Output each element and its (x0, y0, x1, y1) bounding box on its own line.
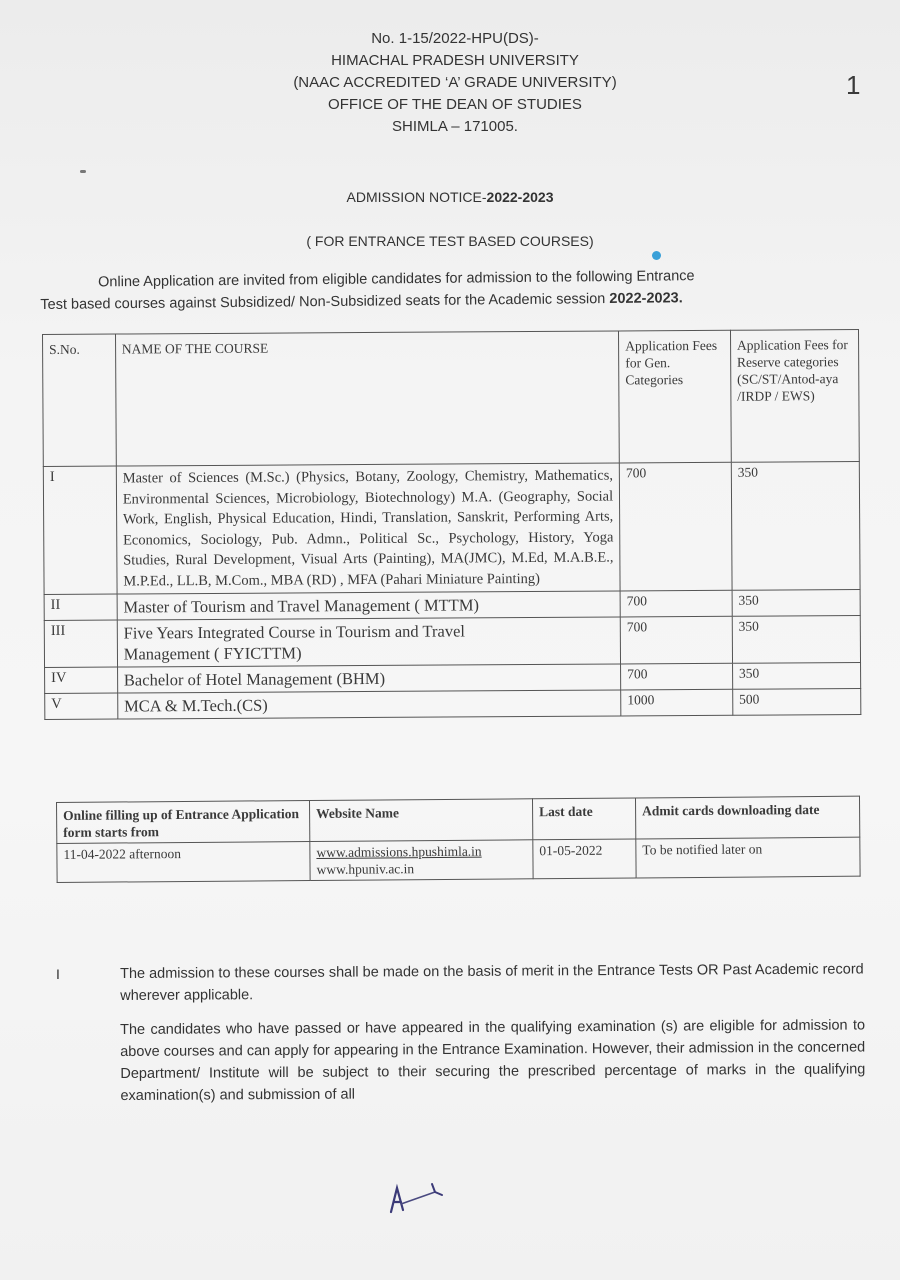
address-line: SHIMLA – 171005. (10, 116, 900, 138)
course-fees-table: S.No. NAME OF THE COURSE Application Fee… (42, 329, 861, 720)
row-reserve-fee: 350 (731, 462, 860, 591)
row-course: Five Years Integrated Course in Tourism … (117, 617, 621, 667)
intro-line-2-text: Test based courses against Subsidized/ N… (40, 291, 609, 313)
row-sno: IV (45, 667, 118, 693)
row-reserve-fee: 350 (732, 590, 860, 617)
row-course: Master of Sciences (M.Sc.) (Physics, Bot… (116, 463, 620, 594)
intro-paragraph: Online Application are invited from elig… (40, 264, 830, 316)
office-line: OFFICE OF THE DEAN OF STUDIES (10, 94, 900, 116)
schedule-table: Online filling up of Entrance Applicatio… (56, 796, 861, 883)
header-reserve-fee: Application Fees for Reserve categories … (730, 330, 859, 463)
smudge-mark (80, 170, 86, 173)
header-course-name: NAME OF THE COURSE (115, 331, 619, 466)
header-start-date: Online filling up of Entrance Applicatio… (57, 801, 310, 844)
notice-title-prefix: ADMISSION NOTICE- (347, 189, 487, 205)
header-website: Website Name (309, 799, 532, 842)
schedule-header-row: Online filling up of Entrance Applicatio… (57, 796, 860, 843)
blue-dot-mark (652, 251, 661, 260)
header-gen-fee: Application Fees for Gen. Categories (619, 330, 732, 463)
website-link-hpuniv[interactable]: www.hpuniv.ac.in (316, 859, 526, 878)
row-reserve-fee: 350 (732, 663, 860, 690)
accreditation-line: (NAAC ACCREDITED ‘A’ GRADE UNIVERSITY) (10, 72, 900, 94)
signature-mark (385, 1178, 455, 1218)
website-link-admissions[interactable]: www.admissions.hpushimla.in (316, 842, 526, 861)
schedule-row: 11-04-2022 afternoon www.admissions.hpus… (57, 837, 860, 882)
paragraph-bullet: I (56, 966, 60, 982)
last-date-value: 01-05-2022 (533, 839, 636, 879)
paragraph-admission-basis: The admission to these courses shall be … (120, 958, 865, 1007)
table-row: III Five Years Integrated Course in Tour… (44, 616, 860, 668)
header-last-date: Last date (532, 798, 635, 840)
intro-session: 2022-2023. (609, 290, 683, 307)
row-gen-fee: 700 (620, 616, 732, 664)
notice-subtitle: ( FOR ENTRANCE TEST BASED COURSES) (0, 233, 900, 249)
notice-title: ADMISSION NOTICE-2022-2023 (0, 189, 900, 205)
notice-title-year: 2022-2023 (487, 189, 554, 205)
page-number: 1 (846, 70, 860, 101)
paragraph-eligibility: The candidates who have passed or have a… (120, 1014, 866, 1107)
row-course: MCA & M.Tech.(CS) (117, 690, 620, 719)
row-sno: III (44, 620, 117, 667)
table-row: I Master of Sciences (M.Sc.) (Physics, B… (43, 462, 860, 595)
header-sno: S.No. (43, 334, 117, 466)
admit-card-value: To be notified later on (636, 837, 860, 878)
row-reserve-fee: 350 (732, 616, 860, 664)
reference-number: No. 1-15/2022-HPU(DS)- (10, 28, 900, 50)
university-name: HIMACHAL PRADESH UNIVERSITY (10, 50, 900, 72)
row-course: Bachelor of Hotel Management (BHM) (117, 664, 620, 693)
row-gen-fee: 700 (619, 462, 732, 591)
row-gen-fee: 1000 (621, 689, 733, 716)
row-gen-fee: 700 (621, 663, 733, 690)
start-date-value: 11-04-2022 afternoon (57, 842, 310, 883)
row-reserve-fee: 500 (733, 689, 861, 716)
document-header: No. 1-15/2022-HPU(DS)- HIMACHAL PRADESH … (0, 28, 900, 138)
row-course: Master of Tourism and Travel Management … (117, 591, 620, 620)
table-row: V MCA & M.Tech.(CS) 1000 500 (45, 689, 861, 720)
table-header-row: S.No. NAME OF THE COURSE Application Fee… (43, 330, 860, 467)
website-cell: www.admissions.hpushimla.in www.hpuniv.a… (310, 840, 533, 881)
row-sno: V (45, 693, 118, 719)
row-sno: II (44, 594, 117, 620)
header-admit-cards: Admit cards downloading date (635, 796, 859, 839)
row-gen-fee: 700 (620, 590, 732, 617)
row-sno: I (43, 466, 117, 594)
